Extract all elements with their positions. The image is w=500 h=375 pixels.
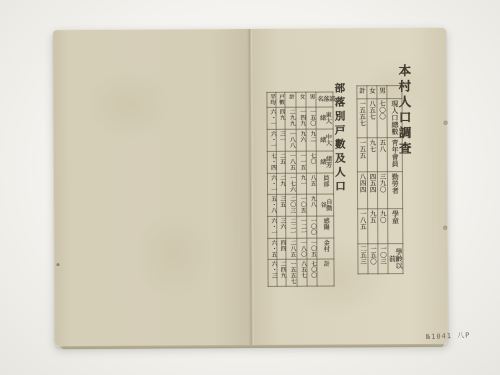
table-cell: 計 — [317, 259, 334, 286]
table-cell: 一五〇 — [368, 244, 378, 274]
section-heading: 部落別戸數及人口 — [332, 82, 348, 228]
table-cell: 一〇〇 — [307, 217, 317, 238]
table-header-cell: 女 — [296, 92, 306, 107]
table-row: 六・一四九二九九一四九一五〇東大緒 — [267, 107, 333, 129]
table-header-cell: 女 — [367, 86, 377, 99]
table-cell: 一八五 — [358, 209, 368, 244]
archive-annotation: №1041 八P — [426, 329, 496, 342]
table-cell: 九六 — [296, 129, 306, 151]
table-cell: 九一 — [296, 173, 306, 194]
table-cell: 中大緒 — [316, 129, 333, 151]
table-cell: 七〇 — [306, 151, 316, 173]
table-cell: 二二一 — [286, 217, 297, 238]
table-cell: 九八 — [307, 195, 317, 217]
table-cell: 二九九 — [285, 107, 296, 129]
table-cell: 三一 — [276, 129, 285, 151]
table-row: 六・一三六二二一一二一一〇〇感陽 — [268, 216, 334, 238]
table-cell: 九〇 — [378, 209, 388, 244]
table-cell: 六・一 — [268, 217, 277, 238]
table-cell: 一〇五 — [297, 195, 307, 217]
left-page — [53, 29, 251, 347]
binding-hole-icon — [444, 121, 448, 125]
table-header-cell: 男 — [377, 86, 387, 99]
table-cell: 七〇〇 — [377, 99, 387, 138]
table-cell: 緒芳緒 — [316, 151, 333, 173]
binding-hole-icon — [443, 226, 447, 230]
table-cell: 六・三 — [268, 260, 277, 287]
table-row: 七・四二五一八五一一五七〇緒芳緒 — [267, 151, 333, 173]
table-row: 六・一三一一八八九六九二中大緒 — [267, 129, 333, 151]
table-cell: 六・一 — [267, 129, 276, 151]
table-row: 一八五九五九〇學童 — [358, 209, 403, 244]
table-cell: 三九〇 — [377, 172, 387, 209]
table-header-cell: 計 — [285, 92, 296, 107]
table-cell: 一二一 — [297, 217, 307, 238]
table-cell: 東大緒 — [316, 107, 333, 129]
table-cell: 現人口總數 — [387, 99, 402, 138]
table-cell: 七〇〇 — [307, 259, 317, 286]
table-cell: 一一五 — [296, 151, 306, 173]
table-cell: 一四九 — [296, 107, 306, 129]
paper-blotch — [134, 209, 215, 299]
table-header-row: 平均戸數計女男部落名 — [267, 92, 333, 107]
table-cell: 四五四 — [367, 172, 377, 209]
table-header-row: 計女男 — [357, 86, 402, 99]
table-cell: 一八八 — [285, 129, 296, 151]
table-header-cell: 平均 — [267, 92, 276, 107]
table-cell: 自動谷 — [317, 194, 334, 216]
table-cell: 八五七 — [297, 259, 307, 286]
table-cell: 六・一 — [267, 173, 276, 194]
table-cell: 八五 — [306, 173, 316, 194]
table-cell: 一〇五 — [307, 238, 317, 259]
paper-blotch — [83, 69, 173, 140]
table-row: 六・五四四二八五一八〇一〇五金村 — [268, 238, 334, 260]
table-cell: 二八五 — [286, 238, 297, 259]
table-cell: 員部 — [316, 173, 333, 195]
table-cell: 六・五 — [268, 238, 277, 259]
table-cell: 勤勞者 — [387, 172, 402, 209]
table-row: 六・三二四九一五五七八五七七〇〇計 — [268, 259, 334, 287]
table-cell: 二〇三 — [286, 195, 297, 217]
table-cell: 九七 — [367, 138, 377, 172]
table-cell: 二五 — [276, 151, 285, 173]
table-cell: 一五〇 — [306, 107, 316, 129]
table-header-cell: 男 — [306, 92, 316, 107]
table-cell: 二四九 — [277, 260, 286, 287]
table-cell: 一五五七 — [357, 99, 367, 138]
table-row: 五・八三五二〇三一〇五九八自動谷 — [268, 194, 334, 216]
table-cell: 靑年會員 — [387, 138, 402, 172]
table-cell: 八四四 — [357, 172, 367, 209]
table-cell: 七・四 — [267, 151, 276, 173]
paper-spread: 本村人口調査 部落別戸數及人口 計女男一五五七八五七七〇〇現人口總數一五五九七五… — [53, 28, 448, 347]
table-cell: 五・八 — [268, 195, 277, 217]
hamlet-table: 平均戸數計女男部落名六・一四九二九九一四九一五〇東大緒六・一三一一八八九六九二中… — [266, 91, 334, 287]
table-cell: 一五五七 — [286, 259, 297, 286]
table-cell: 學齡以前 — [388, 244, 403, 274]
table-header-cell: 戸數 — [276, 92, 285, 107]
table-cell: 五八 — [377, 138, 387, 172]
table-cell: 六・一 — [267, 107, 276, 129]
table-cell: 一八五 — [285, 151, 296, 173]
table-header-cell: 計 — [357, 86, 367, 99]
table-header-cell: 部落名 — [316, 92, 333, 107]
photo-backdrop: 本村人口調査 部落別戸數及人口 計女男一五五七八五七七〇〇現人口總數一五五九七五… — [0, 0, 500, 375]
table-cell: 九二 — [306, 129, 316, 151]
table-cell: 學童 — [388, 209, 403, 244]
table-row: 六・一二九一七六九一八五員部 — [267, 173, 333, 195]
table-cell: 四四 — [277, 238, 286, 259]
table-row: 一五五七八五七七〇〇現人口總數 — [357, 99, 402, 138]
table-cell: 九五 — [368, 209, 378, 244]
paper-speck — [56, 263, 59, 266]
table-cell: 一八〇 — [297, 238, 307, 259]
table-cell: 一七六 — [285, 173, 296, 194]
table-row: 一五五九七五八靑年會員 — [357, 138, 402, 172]
table-cell: 三五 — [277, 195, 286, 217]
table-cell: 感陽 — [317, 216, 334, 238]
table-row: 二五三一五〇一〇三學齡以前 — [358, 244, 403, 274]
table-cell: 一五五 — [357, 138, 367, 172]
table-cell: 三六 — [277, 217, 286, 238]
table-cell: 四九 — [276, 107, 285, 129]
table-row: 八四四四五四三九〇勤勞者 — [357, 172, 402, 209]
table-cell: 二九 — [276, 173, 285, 194]
population-table: 計女男一五五七八五七七〇〇現人口總數一五五九七五八靑年會員八四四四五四三九〇勤勞… — [356, 85, 403, 274]
table-header-cell — [387, 86, 402, 99]
table-cell: 一〇三 — [378, 244, 388, 274]
table-cell: 二五三 — [358, 244, 368, 274]
table-cell: 八五七 — [367, 99, 377, 138]
table-cell: 金村 — [317, 238, 334, 260]
